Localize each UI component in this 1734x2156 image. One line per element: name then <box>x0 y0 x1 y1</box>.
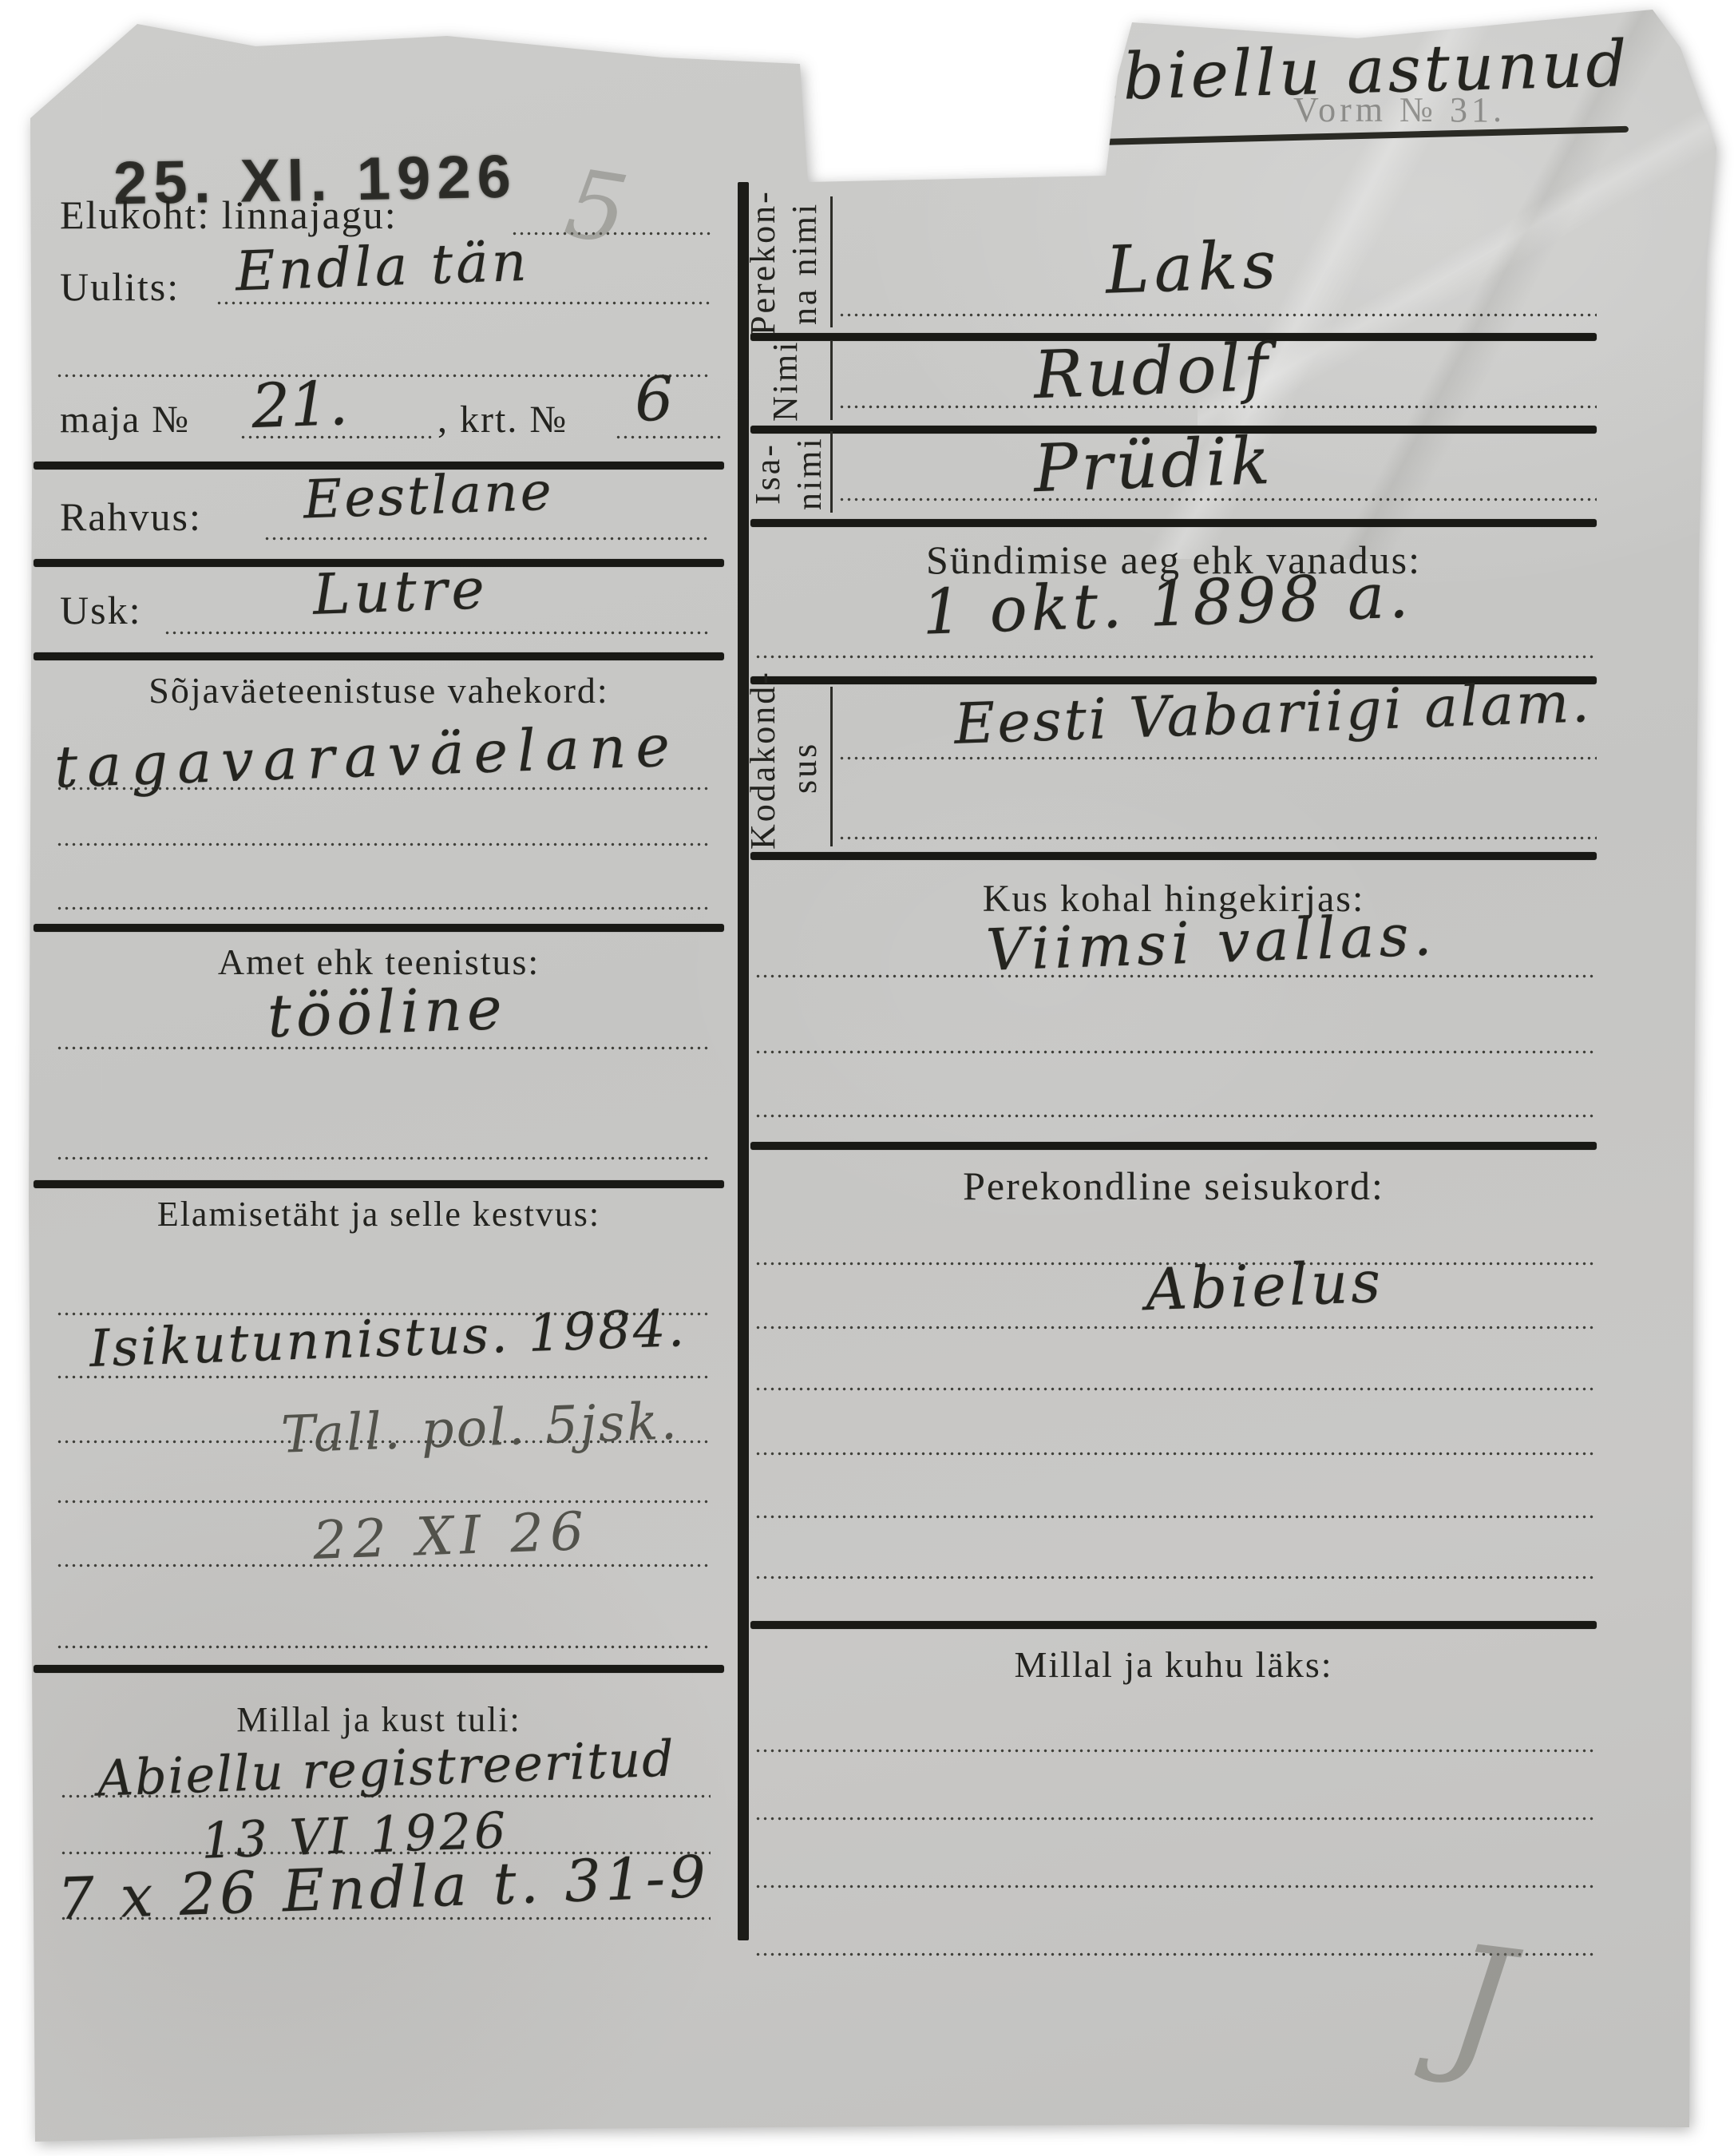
heading-sojavagi: Sõjaväeteenistuse vahekord: <box>34 669 724 711</box>
dotted-line <box>754 1114 1597 1118</box>
dotted-line <box>754 1387 1597 1391</box>
rule-line <box>750 852 1597 860</box>
handwriting-nimi-value: Rudolf <box>1032 330 1272 414</box>
field-rahvus-label: Rahvus: <box>60 493 202 540</box>
heading-lahkumine: Millal ja kuhu läks: <box>750 1643 1597 1686</box>
dotted-line <box>838 756 1597 760</box>
dotted-line <box>56 1645 711 1649</box>
handwriting-isanimi-value: Prüdik <box>1032 423 1274 507</box>
dotted-line <box>838 313 1597 317</box>
rule-line <box>750 1621 1597 1629</box>
handwriting-elamisetaht-line2: Tall. pol. 5jsk. <box>280 1392 680 1464</box>
pencil-mark-linnajagu: 5 <box>559 148 635 266</box>
dotted-line <box>754 1452 1597 1456</box>
paper-shadow-wrap: Vorm № 31. abiellu astunud 25. XI. 1926 … <box>0 0 1734 2156</box>
dotted-line <box>754 655 1597 659</box>
field-maja-label: maja № <box>60 398 190 442</box>
dotted-line <box>263 537 711 541</box>
rule-line <box>34 652 724 660</box>
field-usk-label: Usk: <box>60 587 141 633</box>
dotted-line <box>164 631 711 635</box>
field-uulits-label: Uulits: <box>60 264 180 310</box>
rule-line <box>750 519 1597 527</box>
rule-line <box>34 1665 724 1673</box>
rule-line <box>34 1180 724 1188</box>
handwriting-rahvus-value: Eestlane <box>303 461 555 531</box>
dotted-line <box>754 1817 1597 1821</box>
dotted-line <box>754 1326 1597 1330</box>
field-perekonnanimi-label: Perekon- na nimi <box>742 192 827 335</box>
rule-line <box>750 1142 1597 1150</box>
paper-sheet: Vorm № 31. abiellu astunud 25. XI. 1926 … <box>0 0 1734 2156</box>
handwriting-seisukord-value: Abielus <box>1145 1248 1385 1323</box>
dotted-line <box>754 1575 1597 1579</box>
handwriting-elamisetaht-line1: Isikutunnistus. 1984. <box>89 1299 687 1379</box>
dotted-line <box>56 1156 711 1160</box>
dotted-line <box>754 1050 1597 1054</box>
handwriting-krt-value: 6 <box>633 363 674 435</box>
handwriting-perekonnanimi-value: Laks <box>1104 227 1281 309</box>
scanned-registration-card: Vorm № 31. abiellu astunud 25. XI. 1926 … <box>0 0 1734 2156</box>
label-cell-separator <box>830 340 833 420</box>
label-cell-separator <box>830 196 833 327</box>
dotted-line <box>754 1515 1597 1519</box>
field-nimi-label: Nimi <box>765 342 810 422</box>
dotted-line <box>56 842 711 846</box>
date-stamp: 25. XI. 1926 <box>113 142 517 219</box>
heading-amet: Amet ehk teenistus: <box>34 941 724 983</box>
handwriting-usk-value: Lutre <box>312 556 489 628</box>
dotted-line <box>56 906 711 910</box>
handwriting-elamisetaht-line3: 22 XI 26 <box>312 1500 591 1571</box>
dotted-line <box>754 1885 1597 1888</box>
dotted-line <box>615 435 722 439</box>
annotation-abiellu-astunud: abiellu astunud <box>1081 26 1631 115</box>
handwriting-maja-value: 21. <box>250 367 349 442</box>
field-krt-label: , krt. № <box>437 398 568 442</box>
dotted-line <box>56 374 711 378</box>
handwriting-uulits-value: Endla tän <box>235 231 531 304</box>
dotted-line <box>56 1500 711 1504</box>
heading-seisukord: Perekondline seisukord: <box>750 1163 1597 1209</box>
field-kodakondsus-label: Kodakond- sus <box>742 685 824 850</box>
pencil-mark-bottom: J <box>1439 1912 1521 2095</box>
heading-elamisetaht: Elamisetäht ja selle kestvus: <box>34 1194 724 1235</box>
dotted-line <box>838 836 1597 840</box>
label-cell-separator <box>830 687 833 846</box>
field-isanimi-label: Isa- nimi <box>747 431 824 516</box>
label-cell-separator <box>830 431 833 513</box>
rule-line <box>34 924 724 932</box>
handwriting-amet-value: tööline <box>267 974 508 1051</box>
dotted-line <box>754 1749 1597 1753</box>
